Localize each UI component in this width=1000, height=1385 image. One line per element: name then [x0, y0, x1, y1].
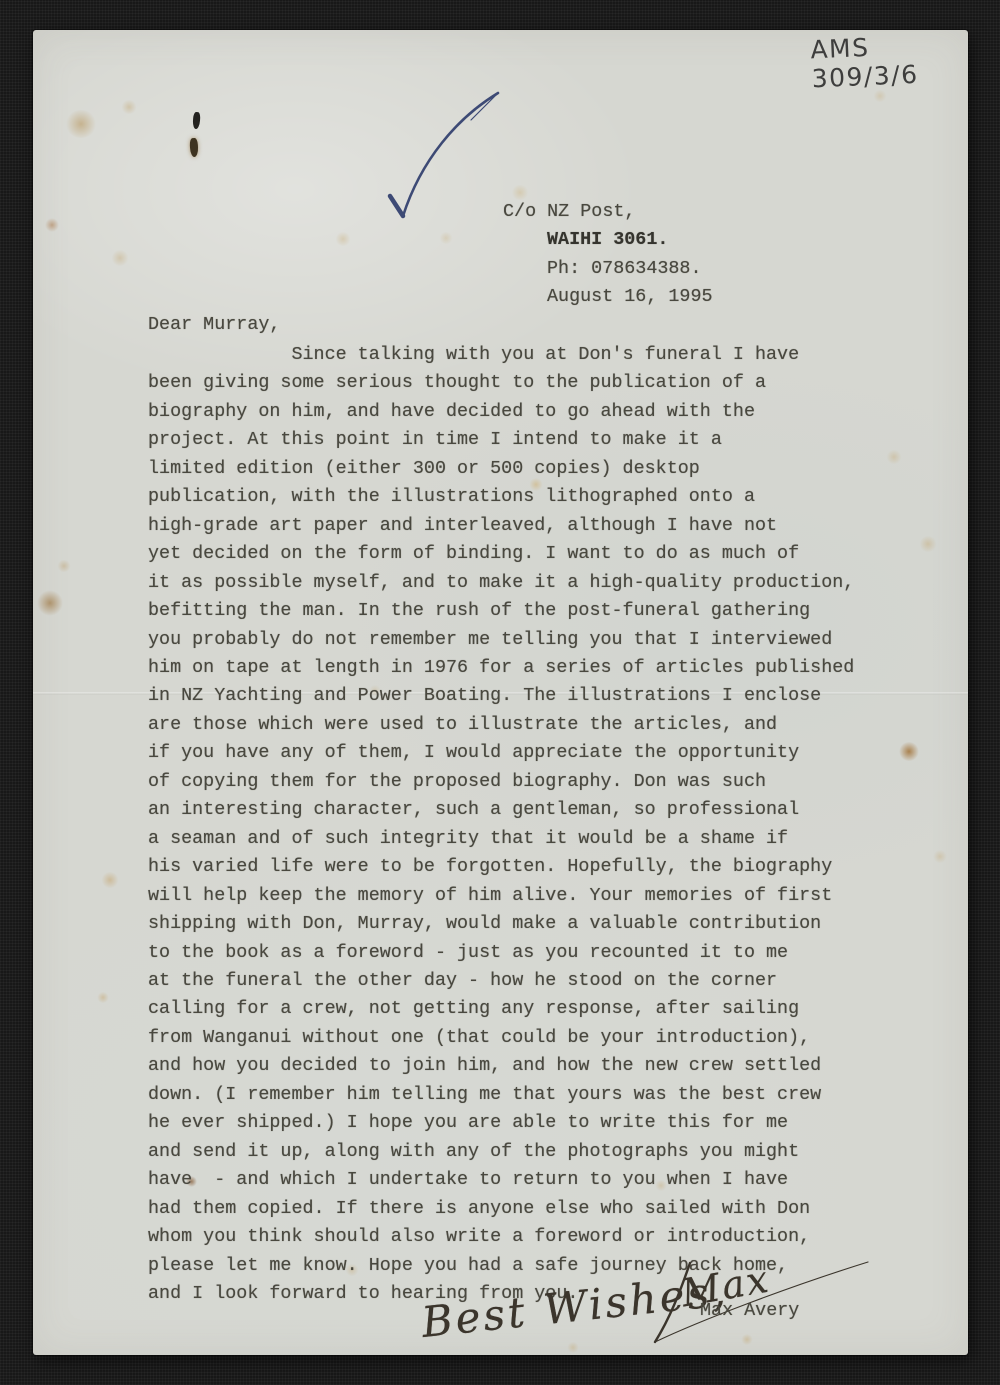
stain-spot — [741, 1334, 753, 1345]
stain-spot — [97, 992, 109, 1003]
stain-spot — [121, 100, 137, 114]
punch-mark — [192, 112, 200, 129]
stain-spot — [886, 450, 902, 464]
stain-spot — [335, 232, 351, 246]
archive-reference-handwritten: AMS 309/3/6 — [810, 29, 969, 94]
stain-spot — [111, 250, 129, 266]
stain-spot — [899, 742, 919, 761]
letterhead: C/o NZ Post, WAIHI 3061. Ph: 078634388. … — [503, 198, 713, 312]
sender-town: WAIHI 3061. — [547, 226, 713, 254]
salutation: Dear Murray, — [148, 311, 280, 339]
punch-mark — [190, 138, 199, 157]
letter-page: AMS 309/3/6 — [33, 30, 968, 1355]
stain-spot — [57, 560, 71, 572]
sender-address: C/o NZ Post, — [503, 198, 713, 226]
letter-date: August 16, 1995 — [547, 283, 713, 311]
letter-body: Since talking with you at Don's funeral … — [148, 341, 854, 1308]
sender-phone: Ph: 078634388. — [547, 255, 713, 283]
stain-spot — [65, 110, 97, 138]
stain-spot — [919, 536, 937, 552]
stain-spot — [873, 90, 887, 102]
stain-spot — [933, 850, 947, 863]
stain-spot — [439, 232, 453, 244]
stain-spot — [567, 1342, 579, 1353]
stain-spot — [37, 590, 63, 616]
stain-spot — [45, 218, 59, 232]
check-mark-icon — [390, 93, 498, 216]
stain-spot — [101, 872, 119, 888]
typed-signature: Max Avery — [700, 1297, 799, 1325]
